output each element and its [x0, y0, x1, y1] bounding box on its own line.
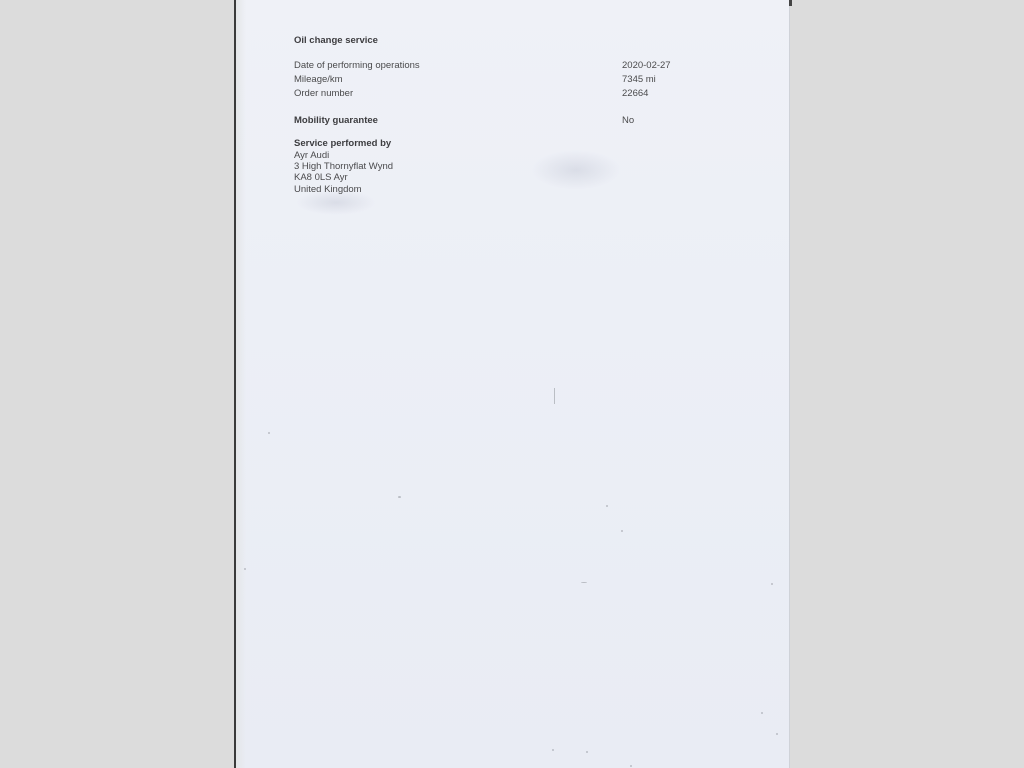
detail-row-date: Date of performing operations 2020-02-27 — [294, 59, 754, 73]
provider-street: 3 High Thornyflat Wynd — [294, 161, 754, 172]
mobility-guarantee-row: Mobility guarantee No — [294, 114, 754, 128]
scan-speck — [606, 505, 608, 507]
scan-speck — [554, 388, 555, 404]
scan-speck — [244, 568, 246, 570]
detail-label: Date of performing operations — [294, 59, 622, 73]
page-edge — [789, 0, 790, 768]
scan-speck — [771, 583, 773, 585]
scan-speck — [586, 751, 588, 753]
detail-row-mileage: Mileage/km 7345 mi — [294, 73, 754, 87]
mobility-guarantee-label: Mobility guarantee — [294, 114, 622, 128]
provider-name: Ayr Audi — [294, 150, 754, 161]
service-provider-title: Service performed by — [294, 138, 754, 150]
detail-value: 7345 mi — [622, 73, 754, 87]
scan-speck — [268, 432, 270, 434]
page-corner-shadow — [789, 0, 792, 6]
document-viewer: Oil change service Date of performing op… — [0, 0, 1024, 768]
section-title: Oil change service — [294, 34, 754, 48]
scan-speck — [630, 765, 632, 767]
scan-speck — [581, 582, 587, 583]
detail-label: Order number — [294, 87, 622, 101]
document-content: Oil change service Date of performing op… — [294, 34, 754, 195]
provider-postcode-city: KA8 0LS Ayr — [294, 172, 754, 183]
mobility-guarantee-value: No — [622, 114, 754, 128]
detail-value: 22664 — [622, 87, 754, 101]
scan-speck — [552, 749, 554, 751]
detail-row-order-number: Order number 22664 — [294, 87, 754, 101]
scan-speck — [761, 712, 763, 714]
provider-country: United Kingdom — [294, 184, 754, 195]
scan-speck — [776, 733, 778, 735]
detail-label: Mileage/km — [294, 73, 622, 87]
detail-value: 2020-02-27 — [622, 59, 754, 73]
service-provider: Service performed by Ayr Audi 3 High Tho… — [294, 138, 754, 195]
scan-speck — [398, 496, 401, 498]
spacer — [294, 101, 754, 114]
scan-speck — [621, 530, 623, 532]
scanned-page: Oil change service Date of performing op… — [234, 0, 790, 768]
